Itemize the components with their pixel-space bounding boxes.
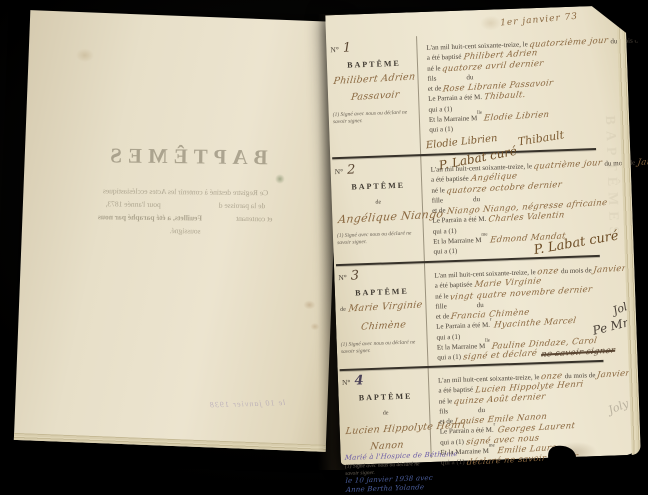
bapteme-heading: BAPTÊME	[331, 58, 417, 70]
number-value: 1	[343, 40, 352, 55]
number-value: 2	[347, 162, 356, 177]
number-label: N°	[338, 273, 347, 282]
bapteme-heading: BAPTÊME	[335, 180, 421, 192]
number-label: N°	[342, 378, 351, 387]
entry-margin: N°1 BAPTÊME Philibert Adrien Passavoir (…	[330, 36, 420, 157]
blank-space	[161, 207, 219, 208]
bapteme-heading: BAPTÊME	[339, 286, 425, 298]
printed-text: de	[340, 307, 346, 313]
baptism-entry-3: N°3 BAPTÊME deMarie Virginie Chimène (1)…	[338, 257, 631, 367]
margin-name-line1: Angélique Niango	[337, 207, 444, 226]
number-label: N°	[330, 45, 339, 54]
bapteme-heading: BAPTÊME	[342, 391, 428, 403]
showthrough-line-2b: pour l'année 1873,	[105, 199, 160, 209]
printed-title: lle	[477, 111, 482, 116]
margin-name: Chimène	[340, 316, 426, 334]
printed-title: me	[481, 233, 487, 238]
number-value: 3	[351, 268, 360, 283]
printed-text: de	[383, 410, 389, 416]
showthrough-ink-note: le 10 janvier 1938	[165, 398, 285, 411]
baptism-entry-1: N°1 BAPTÊME Philibert Adrien Passavoir (…	[330, 29, 624, 157]
margin-name: deAngélique Niango	[335, 191, 422, 225]
margin-name: Passavoir	[332, 86, 418, 104]
printed-title: lle	[485, 339, 490, 344]
signature-godfather: Thibault	[517, 128, 565, 148]
printed-text: qui a (1)	[437, 353, 461, 362]
margin-name: Philibert Adrien	[331, 69, 417, 87]
margin-name-line1: Marie Virginie	[348, 298, 424, 315]
printed-text: du mois de	[561, 266, 592, 275]
baptism-entry-2: N°2 BAPTÊME deAngélique Niango (1) Signé…	[334, 151, 627, 261]
showthrough-line-3b: Feuillets, a été paraphé par nous	[98, 212, 202, 222]
number-value: 4	[354, 373, 364, 388]
entry-margin: N°3 BAPTÊME deMarie Virginie Chimène (1)…	[338, 264, 427, 367]
margin-name-line2: Chimène	[360, 318, 407, 334]
page-corner-shadow	[584, 0, 648, 50]
register-right-page: BAPTÊMES N°1 BAPTÊME Philibert Adrien Pa…	[325, 5, 641, 465]
entry-number: N°2	[334, 158, 421, 179]
handwritten-note: signé et déclaré	[462, 349, 537, 363]
printed-text: qui a (1)	[433, 247, 457, 256]
showthrough-title: BAPTÊMES	[52, 143, 320, 171]
showthrough-line-3a: et contenant	[236, 214, 273, 223]
footnote: (1) Signé avec nous ou déclaré ne savoir…	[341, 339, 427, 355]
printed-text: de	[375, 200, 381, 206]
footnote: (1) Signé avec nous ou déclaré ne savoir…	[337, 230, 423, 246]
margin-name-line2: Passavoir	[350, 88, 400, 104]
entry-margin: N°4 BAPTÊME deLucien Hippolyte Henri Nan…	[342, 369, 431, 464]
handwritten-month: Janvier,	[637, 156, 648, 168]
entry-margin: N°2 BAPTÊME deAngélique Niango (1) Signé…	[334, 158, 423, 261]
footnote: (1) Signé avec nous ou déclaré ne savoir…	[333, 109, 419, 125]
photo-background: BAPTÊMES Ce Registre destiné à contenir …	[0, 0, 648, 480]
register-left-page: BAPTÊMES Ce Registre destiné à contenir …	[14, 10, 342, 452]
number-label: N°	[335, 167, 344, 176]
printed-text: qui a (1)	[441, 458, 465, 467]
baptism-entry-4: N°4 BAPTÊME deLucien Hippolyte Henri Nan…	[342, 362, 635, 464]
handwritten-month: Janvier	[593, 264, 627, 276]
entry-number: N°3	[338, 264, 425, 285]
entry-number: N°4	[342, 369, 429, 390]
entry-body: L'an mil huit-cent soixante-treize, leon…	[434, 258, 631, 357]
handwritten-month: Janvier	[597, 369, 631, 381]
margin-name: deLucien Hippolyte Henri	[343, 402, 430, 437]
showthrough-line-4: soussigné.	[51, 223, 319, 239]
page-edge-bottom	[14, 433, 326, 452]
margin-name: deMarie Virginie	[339, 297, 426, 317]
margin-name-line1: Philibert Adrien	[333, 70, 417, 88]
showthrough-line-2a: de la paroisse d	[219, 201, 266, 211]
entry-number: N°1	[330, 36, 417, 57]
entry-body: L'an mil huit-cent soixante-treize, leon…	[438, 363, 635, 462]
showthrough-title-page: BAPTÊMES Ce Registre destiné à contenir …	[51, 143, 320, 239]
